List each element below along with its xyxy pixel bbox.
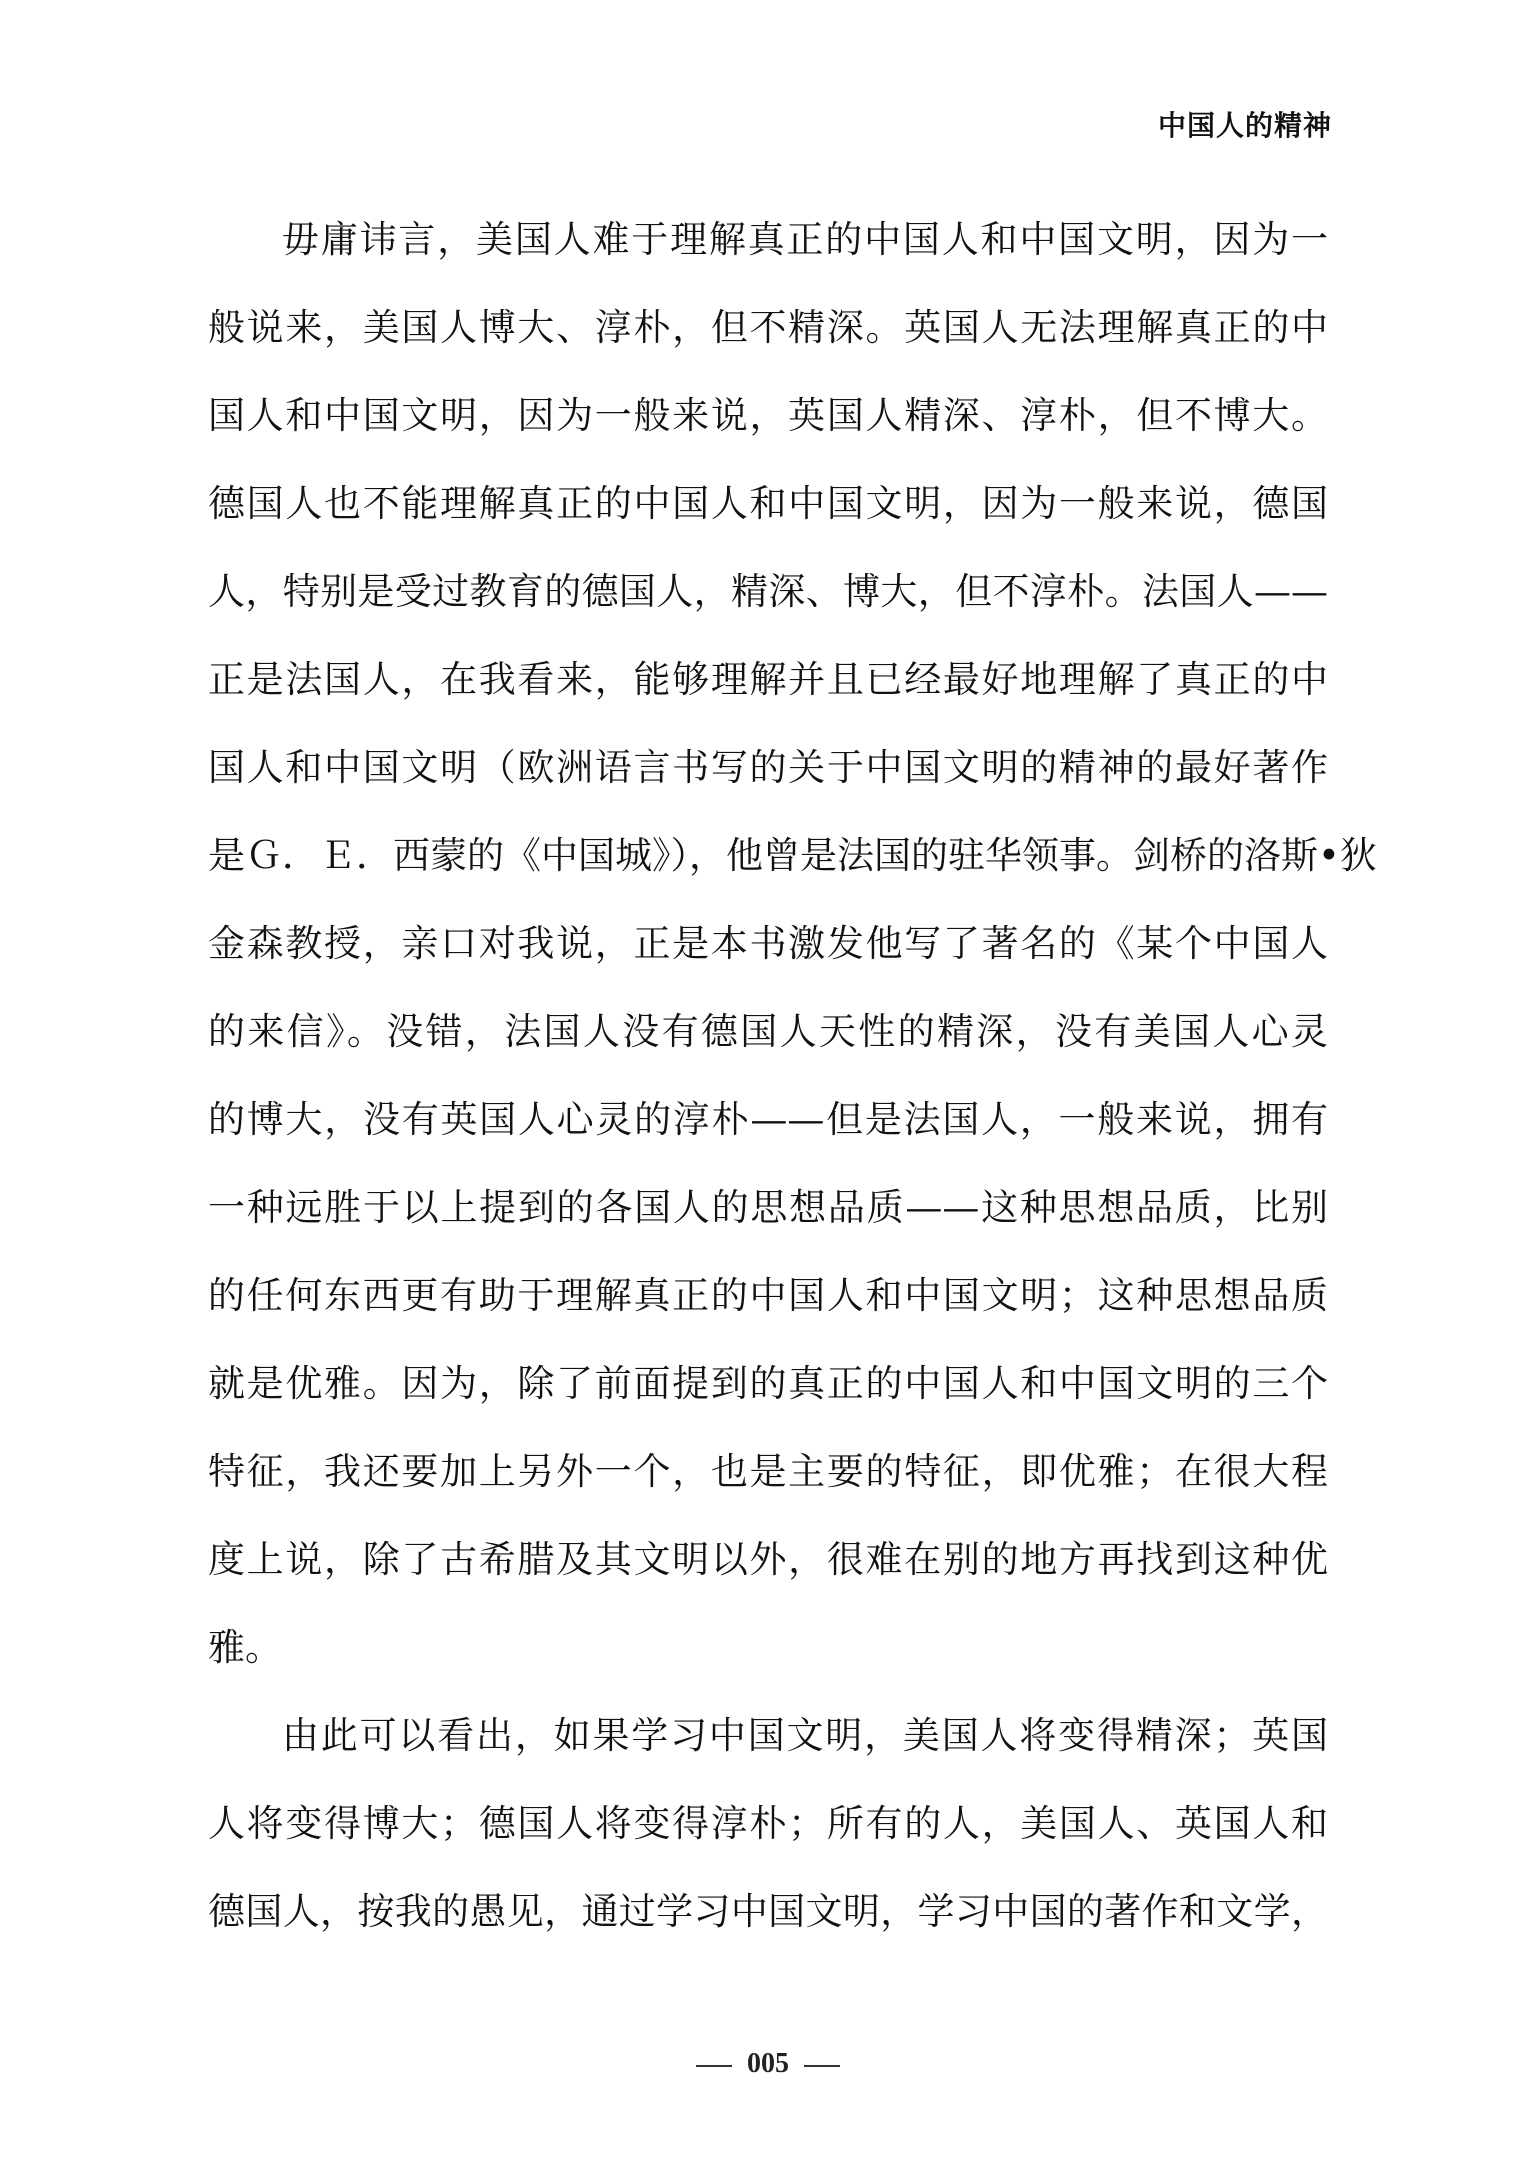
footer-dash-left <box>696 2065 732 2067</box>
text-line: 般说来，美国人博大、淳朴，但不精深。英国人无法理解真正的中 <box>208 284 1328 372</box>
text-line: 的任何东西更有助于理解真正的中国人和中国文明；这种思想品质 <box>208 1252 1328 1340</box>
text-line: 人，特别是受过教育的德国人，精深、博大，但不淳朴。法国人—— <box>208 548 1328 636</box>
text-line: 特征，我还要加上另外一个，也是主要的特征，即优雅；在很大程 <box>208 1428 1328 1516</box>
running-header-title: 中国人的精神 <box>1158 104 1332 144</box>
text-line: 毋庸讳言，美国人难于理解真正的中国人和中国文明，因为一 <box>208 196 1328 284</box>
footer-dash-right <box>804 2065 840 2067</box>
text-line: 正是法国人，在我看来，能够理解并且已经最好地理解了真正的中 <box>208 636 1328 724</box>
text-line: 的博大，没有英国人心灵的淳朴——但是法国人，一般来说，拥有 <box>208 1076 1328 1164</box>
text-line: 就是优雅。因为，除了前面提到的真正的中国人和中国文明的三个 <box>208 1340 1328 1428</box>
text-line: 由此可以看出，如果学习中国文明，美国人将变得精深；英国 <box>208 1692 1328 1780</box>
page-number: 005 <box>747 2048 789 2079</box>
text-line: 德国人，按我的愚见，通过学习中国文明，学习中国的著作和文学， <box>208 1868 1328 1956</box>
text-line: 金森教授，亲口对我说，正是本书激发他写了著名的《某个中国人 <box>208 900 1328 988</box>
text-line: 的来信》。没错，法国人没有德国人天性的精深，没有美国人心灵 <box>208 988 1328 1076</box>
text-line: 度上说，除了古希腊及其文明以外，很难在别的地方再找到这种优 <box>208 1516 1328 1604</box>
text-line: 是Ｇ．Ｅ．西蒙的《中国城》），他曾是法国的驻华领事。剑桥的洛斯•狄 <box>208 812 1328 900</box>
text-line: 雅。 <box>208 1604 1328 1692</box>
text-line: 国人和中国文明（欧洲语言书写的关于中国文明的精神的最好著作 <box>208 724 1328 812</box>
paragraph-2: 由此可以看出，如果学习中国文明，美国人将变得精深；英国 人将变得博大；德国人将变… <box>208 1692 1328 1956</box>
paragraph-1: 毋庸讳言，美国人难于理解真正的中国人和中国文明，因为一 般说来，美国人博大、淳朴… <box>208 196 1328 1692</box>
text-line: 一种远胜于以上提到的各国人的思想品质——这种思想品质，比别 <box>208 1164 1328 1252</box>
text-line: 人将变得博大；德国人将变得淳朴；所有的人，美国人、英国人和 <box>208 1780 1328 1868</box>
page-footer: 005 <box>0 2048 1536 2080</box>
text-line: 国人和中国文明，因为一般来说，英国人精深、淳朴，但不博大。 <box>208 372 1328 460</box>
body-text: 毋庸讳言，美国人难于理解真正的中国人和中国文明，因为一 般说来，美国人博大、淳朴… <box>208 196 1328 1956</box>
text-line: 德国人也不能理解真正的中国人和中国文明，因为一般来说，德国 <box>208 460 1328 548</box>
